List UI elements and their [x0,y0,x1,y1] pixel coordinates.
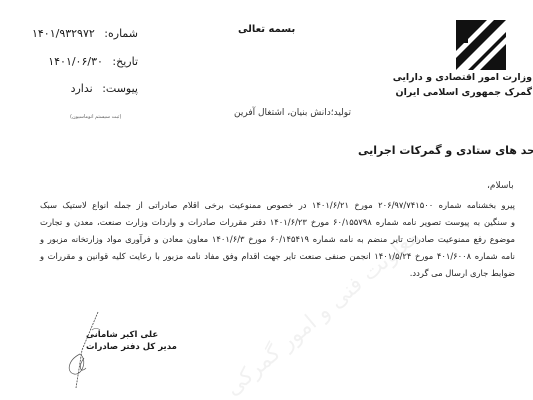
letter-date-label: تاریخ: [112,55,138,68]
body-line: و سنگین به پیوست تصویر نامه شماره ۶۰/۱۵۵… [40,214,515,231]
org-customs: گمرک جمهوری اسلامی ایران [412,87,532,98]
letter-number-value: ۱۴۰۱/۹۳۲۹۷۲ [32,27,95,40]
recipient: کلیه واحد های ستادی و گمرکات اجرایی [358,144,533,157]
customs-logo-icon [446,18,516,74]
letter-date-line: تاریخ: ۱۴۰۱/۰۶/۳۰ [38,55,138,68]
letter-body: پیرو بخشنامه شماره ۲۰۶/۹۷/۷۴۱۵۰۰ مورخ ۱۴… [40,197,515,282]
letter-number-line: شماره: ۱۴۰۱/۹۳۲۹۷۲ [28,27,138,40]
letter-number-label: شماره: [104,27,138,40]
basmala: بسمه تعالی [238,24,295,35]
letter-attachment-line: پیوست: ندارد [58,82,138,95]
letter-attachment-label: پیوست: [102,82,138,95]
greeting: باسلام، [487,181,514,191]
org-ministry: وزارت امور اقتصادی و دارایی [412,72,532,83]
body-line: ضوابط جاری ارسال می گردد. [40,265,515,282]
body-line: پیرو بخشنامه شماره ۲۰۶/۹۷/۷۴۱۵۰۰ مورخ ۱۴… [40,197,515,214]
slogan: تولید؛دانش بنیان، اشتغال آفرین [234,108,351,118]
letter-attachment-value: ندارد [71,82,93,95]
system-note: (ثبت سیستم اتوماسیون) [70,114,121,120]
body-line: نامه شماره ۴۰۱/۶۰۰۸ مورخ ۱۴۰۱/۵/۲۴ انجمن… [40,248,515,265]
handwritten-signature-icon [62,310,102,394]
letter-date-value: ۱۴۰۱/۰۶/۳۰ [48,55,103,68]
body-line: موضوع رفع ممنوعیت صادرات تایر منضم به نا… [40,231,515,248]
